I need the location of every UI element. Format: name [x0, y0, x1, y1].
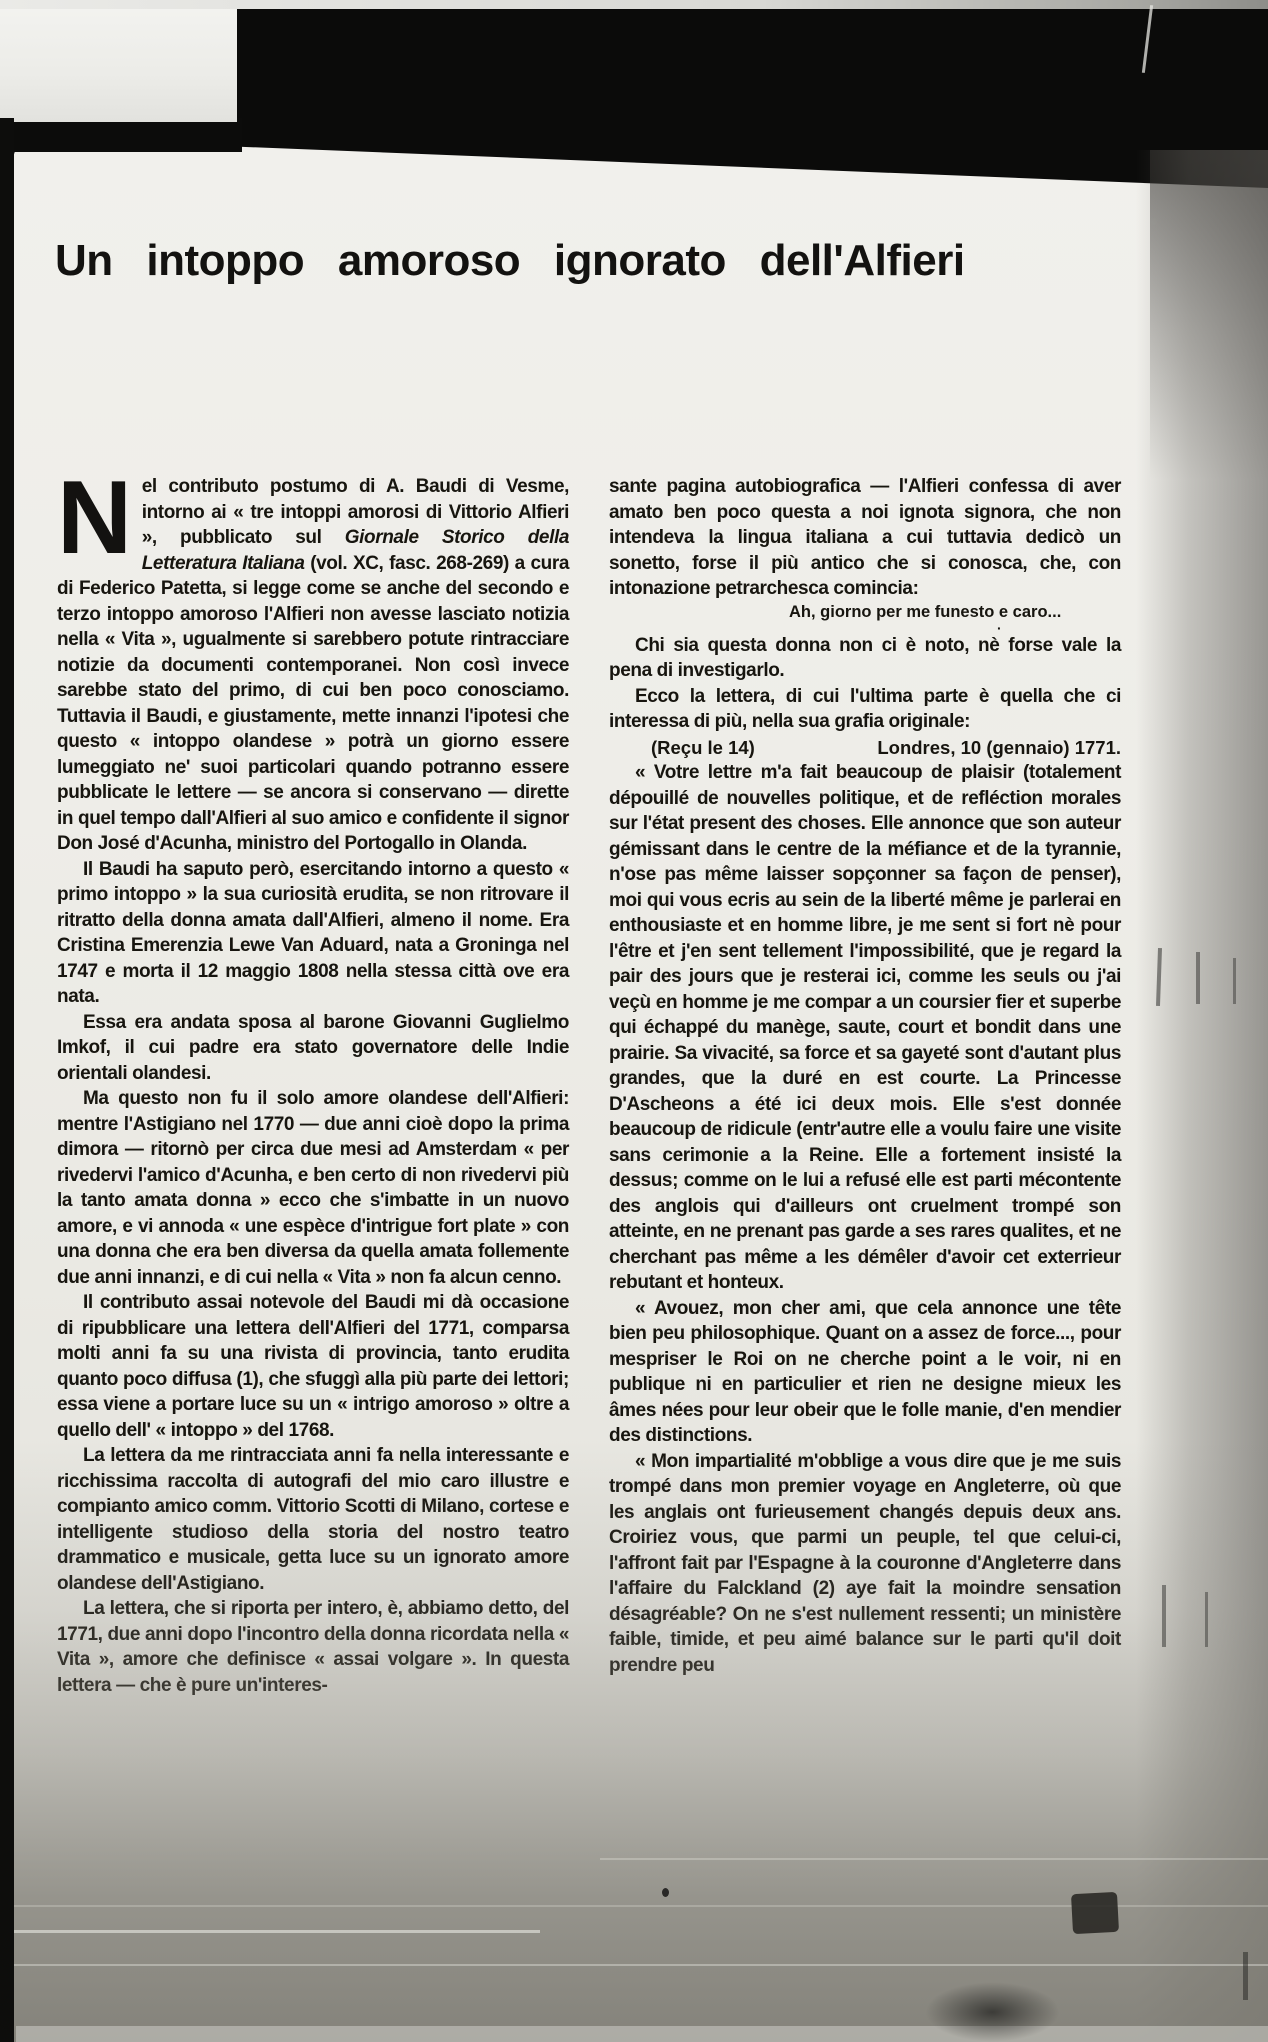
- paragraph: Ma questo non fu il solo amore olandese …: [57, 1086, 569, 1290]
- paragraph: Ecco la lettera, di cui l'ultima parte è…: [609, 684, 1121, 735]
- paragraph: « Votre lettre m'a fait beaucoup de plai…: [609, 760, 1121, 1296]
- scratch-line: [0, 1930, 540, 1933]
- scratch-line: [0, 1964, 1268, 1966]
- scratch-line: [600, 1858, 1268, 1860]
- paragraph-text: (vol. XC, fasc. 268-269) a cura di Feder…: [57, 553, 569, 855]
- page-edge-mark: [1162, 1585, 1166, 1647]
- photo-backdrop-notch: [0, 118, 242, 152]
- article-title: Un intoppo amoroso ignorato dell'Alfieri: [55, 236, 985, 286]
- page-edge-mark: [1233, 958, 1236, 1004]
- letter-dateline: Londres, 10 (gennaio) 1771.: [877, 735, 1121, 761]
- scan-speck: ·: [997, 623, 1121, 633]
- bottom-aging-shade: [0, 1442, 1268, 2042]
- paragraph: Essa era andata sposa al barone Giovanni…: [57, 1010, 569, 1087]
- film-edge-bar: [16, 2026, 1268, 2042]
- page-edge-mark: [1196, 952, 1200, 1004]
- drop-cap: N: [57, 474, 142, 558]
- scanned-newspaper-page: Un intoppo amoroso ignorato dell'Alfieri…: [0, 0, 1268, 2042]
- paragraph: Il contributo assai notevole del Baudi m…: [57, 1290, 569, 1443]
- page-edge-mark: [1205, 1592, 1208, 1647]
- page-edge-mark: [1243, 1952, 1248, 2000]
- paragraph: sante pagina autobiografica — l'Alfieri …: [609, 474, 1121, 602]
- letter-heading: (Reçu le 14)Londres, 10 (gennaio) 1771.: [609, 735, 1121, 761]
- ink-dot: [662, 1888, 669, 1897]
- corner-page-edge: [0, 0, 237, 122]
- sonnet-verse-line: Ah, giorno per me funesto e caro...·: [609, 602, 1121, 633]
- stain-smudge: [925, 1982, 1060, 2042]
- verse-text: Ah, giorno per me funesto e caro...: [789, 603, 1061, 621]
- film-edge-strip: [0, 0, 1268, 9]
- left-photo-edge: [0, 118, 14, 2042]
- letter-received-note: (Reçu le 14): [609, 735, 755, 761]
- paragraph: Il Baudi ha saputo però, esercitando int…: [57, 857, 569, 1010]
- paragraph: Chi sia questa donna non ci è noto, nè f…: [609, 633, 1121, 684]
- paragraph: « Avouez, mon cher ami, que cela annonce…: [609, 1296, 1121, 1449]
- ink-blot: [1071, 1892, 1119, 1934]
- paragraph: Nel contributo postumo di A. Baudi di Ve…: [57, 474, 569, 857]
